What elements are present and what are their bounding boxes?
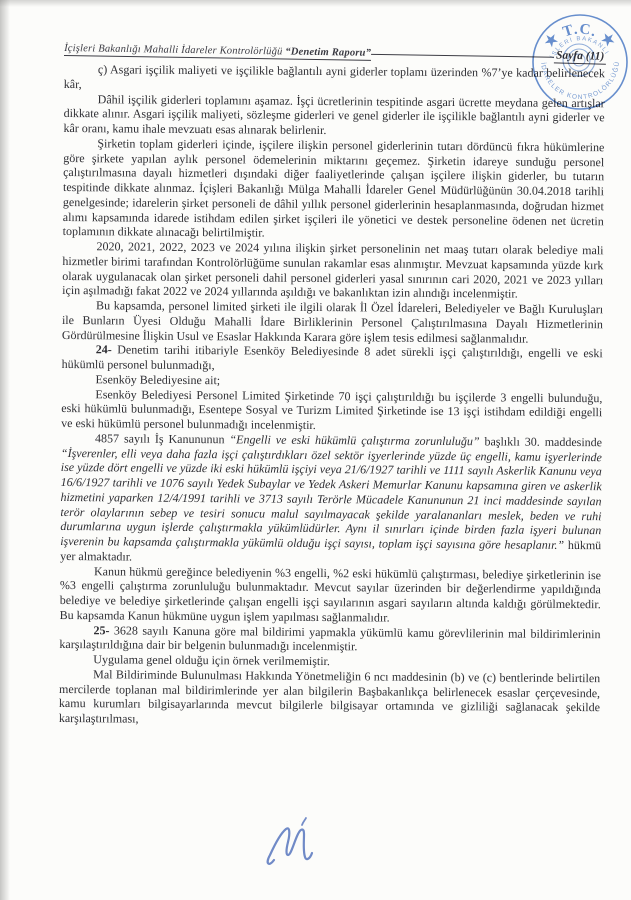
- text-segment: Esenköy Belediyesine ait;: [95, 372, 220, 387]
- text-segment: 3628 sayılı Kanuna göre mal bildirimi ya…: [59, 623, 600, 654]
- paragraph: Şirketin toplam giderleri içinde, işçile…: [63, 136, 605, 243]
- text-segment: Denetim tarihi itibariyle Esenköy Beledi…: [62, 343, 603, 373]
- scan-edge-left: [0, 0, 10, 900]
- text-segment: Bu kapsamda, personel limited şirketi il…: [62, 298, 603, 345]
- header-title-emphasis: “Denetim Raporu”: [285, 46, 371, 58]
- paragraph: Esenköy Belediyesi Personel Limited Şirk…: [61, 386, 602, 434]
- text-segment: Kanun hükmü gereğince belediyenin %3 eng…: [60, 564, 601, 625]
- paragraph: Kanun hükmü gereğince belediyenin %3 eng…: [60, 563, 601, 626]
- text-segment: 24-: [96, 343, 118, 357]
- text-segment: Mal Bildiriminde Bulunulması Hakkında Yö…: [59, 667, 600, 726]
- signature-tick: [302, 818, 306, 825]
- paragraph: 2020, 2021, 2022, 2023 ve 2024 yılına il…: [62, 239, 603, 302]
- text-segment: “Engelli ve eski hükümlü çalıştırma zoru…: [229, 432, 479, 448]
- paragraph: 24- Denetim tarihi itibariyle Esenköy Be…: [62, 342, 603, 376]
- text-segment: başlıklı 30. maddesinde: [479, 434, 602, 449]
- stamp-center-circle: [573, 54, 585, 66]
- text-segment: Uygulama genel olduğu için örnek verilme…: [93, 652, 330, 668]
- paragraph: 25- 3628 sayılı Kanuna göre mal bildirim…: [59, 622, 600, 656]
- paragraph: 4857 sayılı İş Kanununun “Engelli ve esk…: [60, 431, 602, 568]
- text-segment: 4857 sayılı İş Kanununun: [95, 431, 230, 446]
- signature-stroke: [268, 828, 312, 864]
- header-title-plain: İçişleri Bakanlığı Mahalli İdareler Kont…: [64, 43, 285, 57]
- signature-mark: [250, 812, 330, 874]
- paragraph: Mal Bildiriminde Bulunulması Hakkında Yö…: [59, 667, 600, 730]
- stamp-center-circle: [568, 49, 590, 71]
- paragraph: Bu kapsamda, personel limited şirketi il…: [62, 298, 603, 346]
- text-segment: 25-: [93, 623, 114, 637]
- official-stamp: ★ T.C. ★ İÇİŞLERİ BAKANLIĞI MAHALLİ İDAR…: [510, 0, 631, 132]
- document-body: ç) Asgari işçilik maliyeti ve işçilikle …: [59, 62, 605, 730]
- text-segment: 2020, 2021, 2022, 2023 ve 2024 yılına il…: [62, 239, 603, 301]
- text-segment: “İşverenler, elli veya daha fazla işçi ç…: [60, 445, 602, 551]
- text-segment: Esenköy Belediyesi Personel Limited Şirk…: [61, 387, 602, 432]
- header-title: İçişleri Bakanlığı Mahalli İdareler Kont…: [64, 43, 371, 61]
- scanned-report-page: İçişleri Bakanlığı Mahalli İdareler Kont…: [0, 0, 631, 900]
- text-segment: Şirketin toplam giderleri içinde, işçile…: [63, 136, 605, 240]
